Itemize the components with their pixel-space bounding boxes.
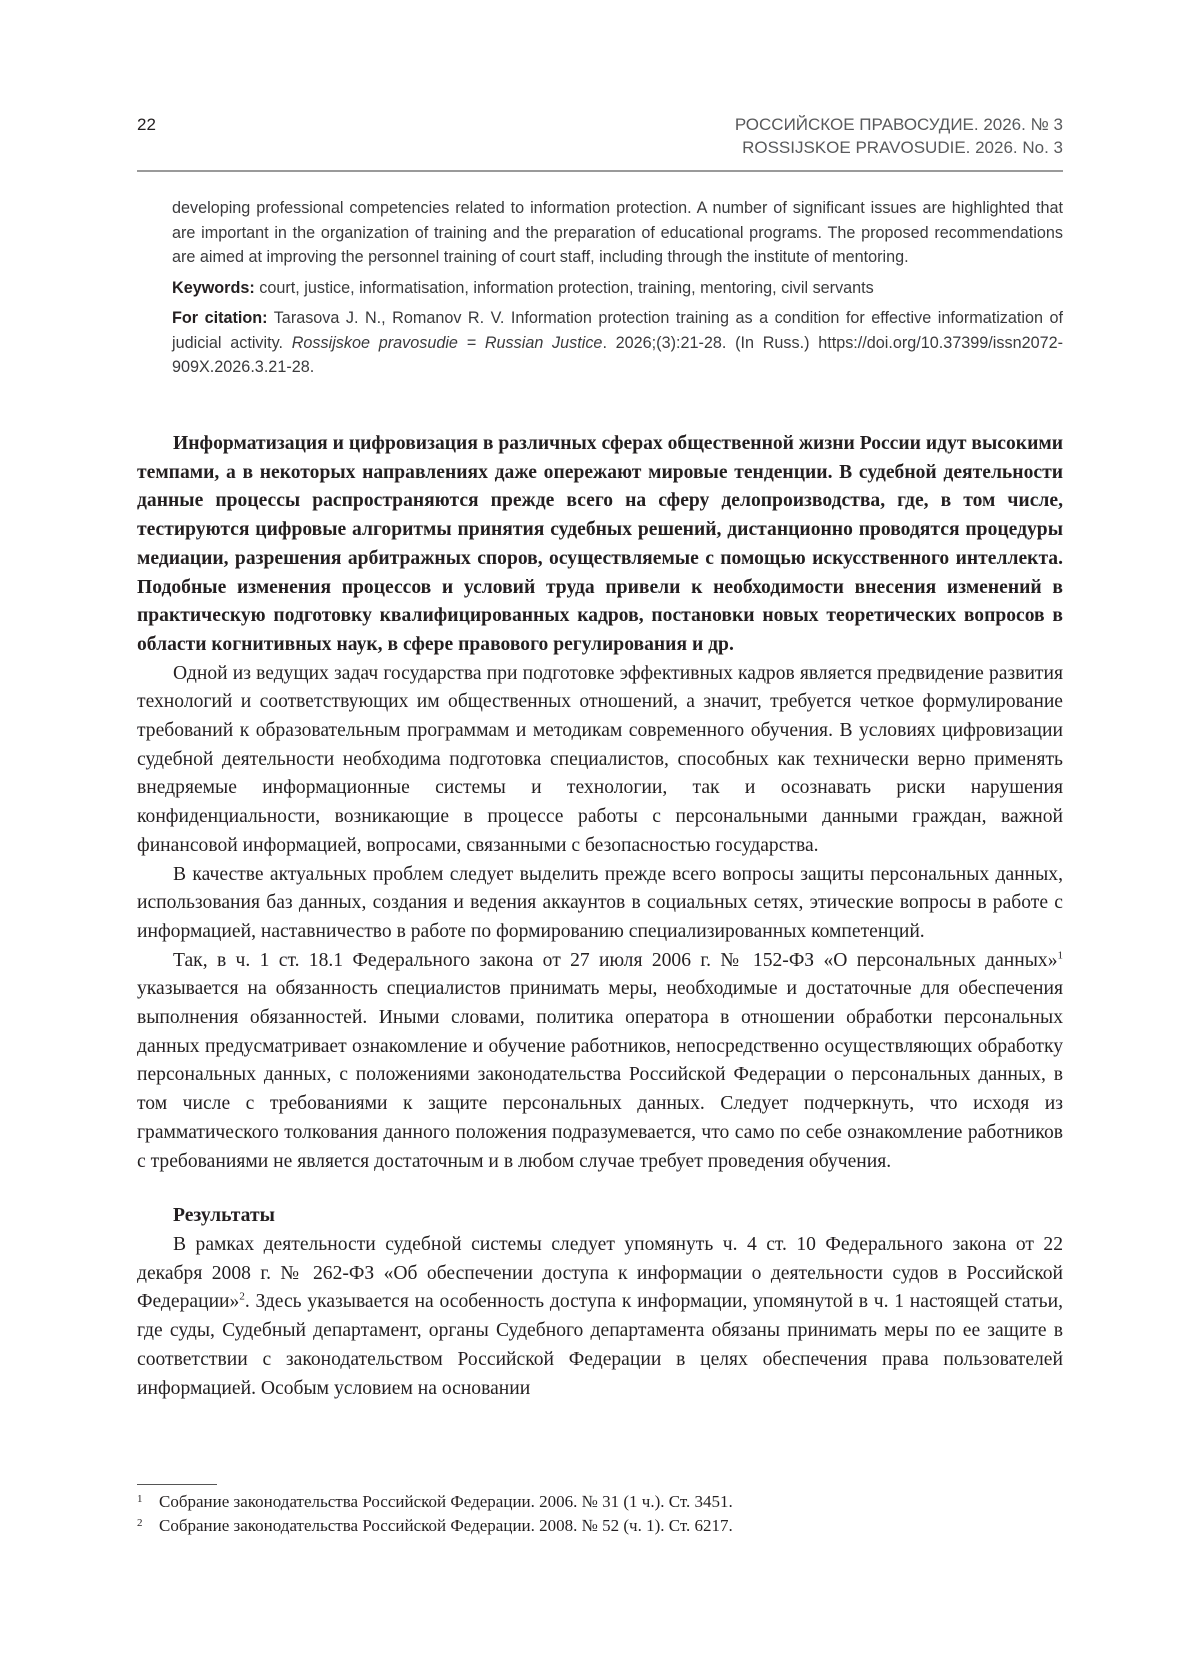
- journal-title-en: ROSSIJSKOE PRAVOSUDIE. 2026. No. 3: [735, 136, 1063, 159]
- footnote-number: 2: [137, 1512, 143, 1534]
- body-paragraph: В рамках деятельности судебной системы с…: [137, 1231, 1063, 1403]
- journal-title-block: РОССИЙСКОЕ ПРАВОСУДИЕ. 2026. № 3 ROSSIJS…: [735, 113, 1063, 159]
- footnote-1: 1 Собрание законодательства Российской Ф…: [137, 1491, 1063, 1513]
- body-paragraph: Так, в ч. 1 ст. 18.1 Федерального закона…: [137, 947, 1063, 1177]
- footnote-ref-1[interactable]: 1: [1058, 949, 1064, 961]
- paragraph-text: . Здесь указывается на особенность досту…: [137, 1291, 1063, 1398]
- paragraph-text: указывается на обязанность специалистов …: [137, 978, 1063, 1171]
- footnote-text: Собрание законодательства Российской Фед…: [159, 1492, 733, 1511]
- paragraph-text: Так, в ч. 1 ст. 18.1 Федерального закона…: [173, 950, 1058, 971]
- footnotes: 1 Собрание законодательства Российской Ф…: [137, 1491, 1063, 1539]
- citation-journal: Rossijskoe pravosudie = Russian Justice: [292, 334, 603, 352]
- section-heading-results: Результаты: [137, 1202, 1063, 1231]
- body-paragraph: Одной из ведущих задач государства при п…: [137, 660, 1063, 861]
- footnote-divider: [137, 1484, 217, 1485]
- lead-paragraph: Информатизация и цифровизация в различны…: [137, 430, 1063, 660]
- header-divider: [137, 170, 1063, 172]
- body-paragraph: В качестве актуальных проблем следует вы…: [137, 861, 1063, 947]
- article-body: Информатизация и цифровизация в различны…: [137, 430, 1063, 1403]
- journal-title-ru: РОССИЙСКОЕ ПРАВОСУДИЕ. 2026. № 3: [735, 113, 1063, 136]
- keywords-list: court, justice, informatisation, informa…: [259, 279, 874, 297]
- running-header: 22 РОССИЙСКОЕ ПРАВОСУДИЕ. 2026. № 3 ROSS…: [137, 113, 1063, 163]
- keywords: Keywords: court, justice, informatisatio…: [172, 276, 1063, 301]
- citation-label: For citation:: [172, 309, 268, 327]
- citation: For citation: Tarasova J. N., Romanov R.…: [172, 306, 1063, 380]
- footnote-2: 2 Собрание законодательства Российской Ф…: [137, 1515, 1063, 1537]
- keywords-label: Keywords:: [172, 279, 255, 297]
- footnote-text: Собрание законодательства Российской Фед…: [159, 1516, 733, 1535]
- footnote-number: 1: [137, 1488, 143, 1510]
- page-number: 22: [137, 113, 156, 136]
- abstract-block: developing professional competencies rel…: [172, 196, 1063, 386]
- abstract-text: developing professional competencies rel…: [172, 196, 1063, 270]
